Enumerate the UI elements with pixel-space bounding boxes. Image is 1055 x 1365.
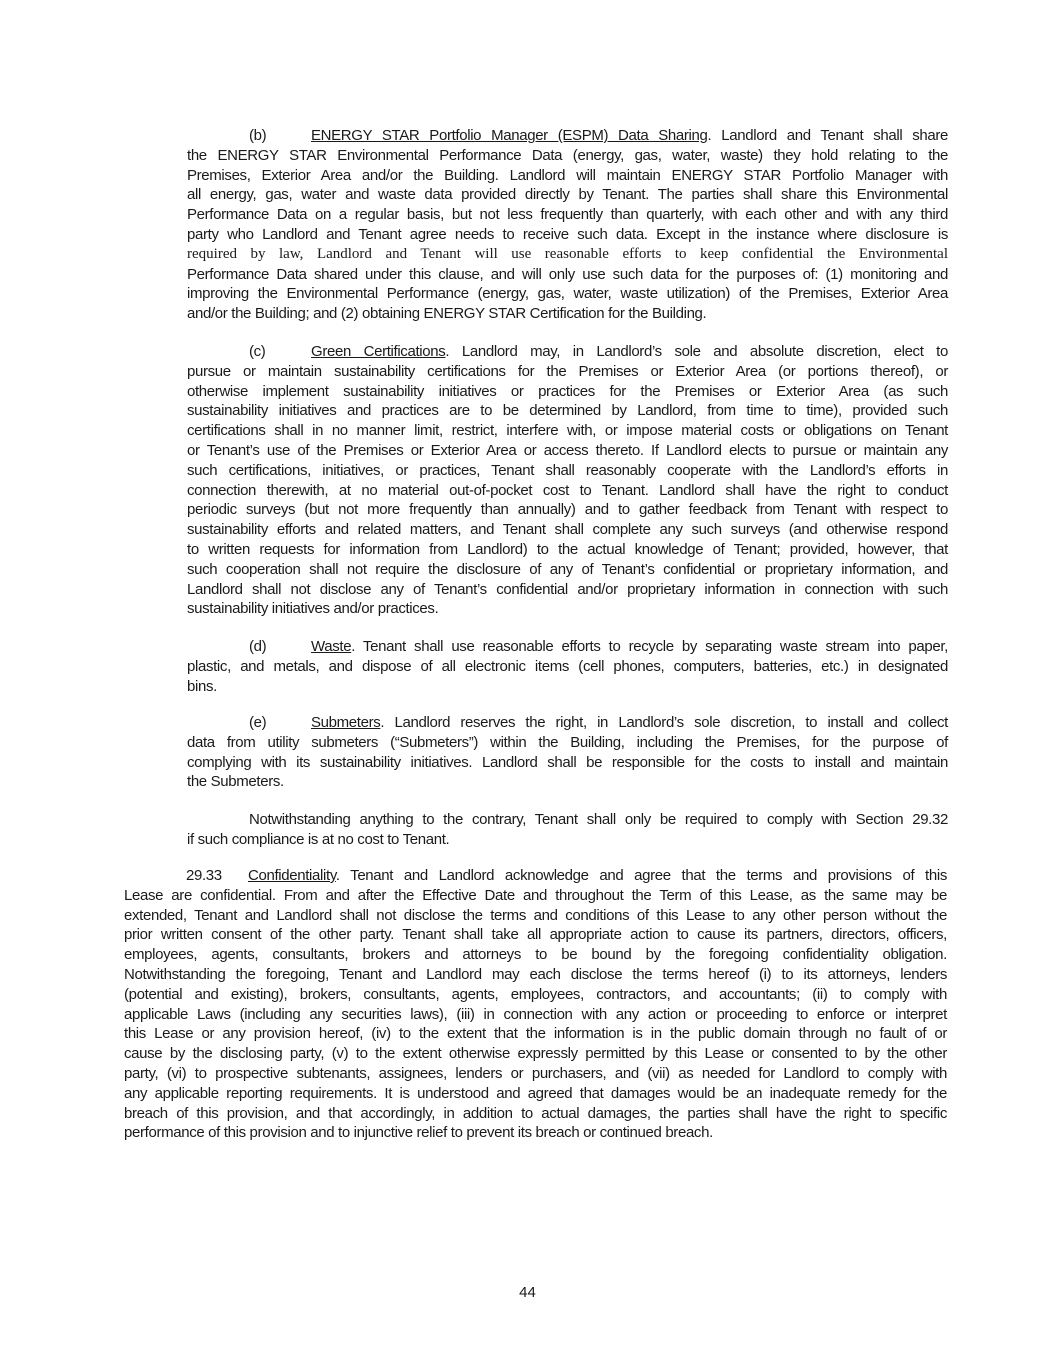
paragraph-notwithstanding: Notwithstanding anything to the contrary…: [187, 810, 948, 850]
paragraph-label: (d): [249, 637, 311, 657]
section-heading: Confidentiality: [248, 867, 336, 884]
paragraph-line: (c)Green Certifications. Landlord may, i…: [187, 342, 948, 362]
paragraph-line: this Lease or any provision hereof, (iv)…: [124, 1024, 947, 1044]
paragraph-b-espm-data-sharing: (b)ENERGY STAR Portfolio Manager (ESPM) …: [187, 126, 948, 324]
paragraph-line: and/or the Building; and (2) obtaining E…: [187, 304, 948, 324]
paragraph-line: if such compliance is at no cost to Tena…: [187, 830, 948, 850]
paragraph-line: plastic, and metals, and dispose of all …: [187, 657, 948, 677]
paragraph-c-green-certifications: (c)Green Certifications. Landlord may, i…: [187, 342, 948, 619]
paragraph-line: such certifications, initiatives, or pra…: [187, 461, 948, 481]
paragraph-line: pursue or maintain sustainability certif…: [187, 362, 948, 382]
paragraph-line: Performance Data on a regular basis, but…: [187, 205, 948, 225]
paragraph-line: such cooperation shall not require the d…: [187, 560, 948, 580]
paragraph-line: required by law, Landlord and Tenant wil…: [187, 245, 948, 265]
paragraph-line: (d)Waste. Tenant shall use reasonable ef…: [187, 637, 948, 657]
paragraph-line: certifications shall in no manner limit,…: [187, 421, 948, 441]
paragraph-line: sustainability efforts and related matte…: [187, 520, 948, 540]
paragraph-line: connection therewith, at no material out…: [187, 481, 948, 501]
paragraph-line: extended, Tenant and Landlord shall not …: [124, 906, 947, 926]
paragraph-heading: Waste: [311, 638, 351, 655]
paragraph-line: bins.: [187, 677, 948, 697]
paragraph-line: Notwithstanding the foregoing, Tenant an…: [124, 965, 947, 985]
paragraph-label: (b): [249, 126, 311, 146]
paragraph-line: cause by the disclosing party, (v) to th…: [124, 1044, 947, 1064]
paragraph-line: complying with its sustainability initia…: [187, 753, 948, 773]
paragraph-e-submeters: (e)Submeters. Landlord reserves the righ…: [187, 713, 948, 792]
section-number: 29.33: [186, 866, 248, 886]
paragraph-label: (c): [249, 342, 311, 362]
paragraph-line: breach of this provision, and that accor…: [124, 1104, 947, 1124]
paragraph-line: Premises, Exterior Area and/or the Build…: [187, 166, 948, 186]
paragraph-line: Performance Data shared under this claus…: [187, 265, 948, 285]
paragraph-line: Landlord shall not disclose any of Tenan…: [187, 580, 948, 600]
paragraph-heading: Green Certifications: [311, 343, 445, 360]
paragraph-line: (e)Submeters. Landlord reserves the righ…: [187, 713, 948, 733]
paragraph-line: employees, agents, consultants, brokers …: [124, 945, 947, 965]
paragraph-line: data from utility submeters (“Submeters”…: [187, 733, 948, 753]
paragraph-line: any applicable reporting requirements. I…: [124, 1084, 947, 1104]
paragraph-line: sustainability initiatives and/or practi…: [187, 599, 948, 619]
paragraph-line: Notwithstanding anything to the contrary…: [187, 810, 948, 830]
paragraph-line: the ENERGY STAR Environmental Performanc…: [187, 146, 948, 166]
paragraph-label: (e): [249, 713, 311, 733]
paragraph-line: applicable Laws (including any securitie…: [124, 1005, 947, 1025]
paragraph-line: otherwise implement sustainability initi…: [187, 382, 948, 402]
paragraph-line: the Submeters.: [187, 772, 948, 792]
paragraph-heading: ENERGY STAR Portfolio Manager (ESPM) Dat…: [311, 127, 708, 144]
paragraph-line: performance of this provision and to inj…: [124, 1123, 947, 1143]
paragraph-line: party, (vi) to prospective subtenants, a…: [124, 1064, 947, 1084]
paragraph-line: Lease are confidential. From and after t…: [124, 886, 947, 906]
section-29-33-confidentiality: 29.33Confidentiality. Tenant and Landlor…: [124, 866, 947, 1143]
paragraph-line: (b)ENERGY STAR Portfolio Manager (ESPM) …: [187, 126, 948, 146]
paragraph-line: prior written consent of the other party…: [124, 925, 947, 945]
paragraph-d-waste: (d)Waste. Tenant shall use reasonable ef…: [187, 637, 948, 696]
paragraph-line: party who Landlord and Tenant agree need…: [187, 225, 948, 245]
page-number: 44: [0, 1284, 1055, 1301]
paragraph-heading: Submeters: [311, 714, 380, 731]
paragraph-line: sustainability initiatives and practices…: [187, 401, 948, 421]
paragraph-line: periodic surveys (but not more frequentl…: [187, 500, 948, 520]
paragraph-line: to written requests for information from…: [187, 540, 948, 560]
document-page: (b)ENERGY STAR Portfolio Manager (ESPM) …: [0, 0, 1055, 1365]
paragraph-line: or Tenant’s use of the Premises or Exter…: [187, 441, 948, 461]
paragraph-line: (potential and existing), brokers, consu…: [124, 985, 947, 1005]
paragraph-line: all energy, gas, water and waste data pr…: [187, 185, 948, 205]
paragraph-line: 29.33Confidentiality. Tenant and Landlor…: [124, 866, 947, 886]
paragraph-line: improving the Environmental Performance …: [187, 284, 948, 304]
